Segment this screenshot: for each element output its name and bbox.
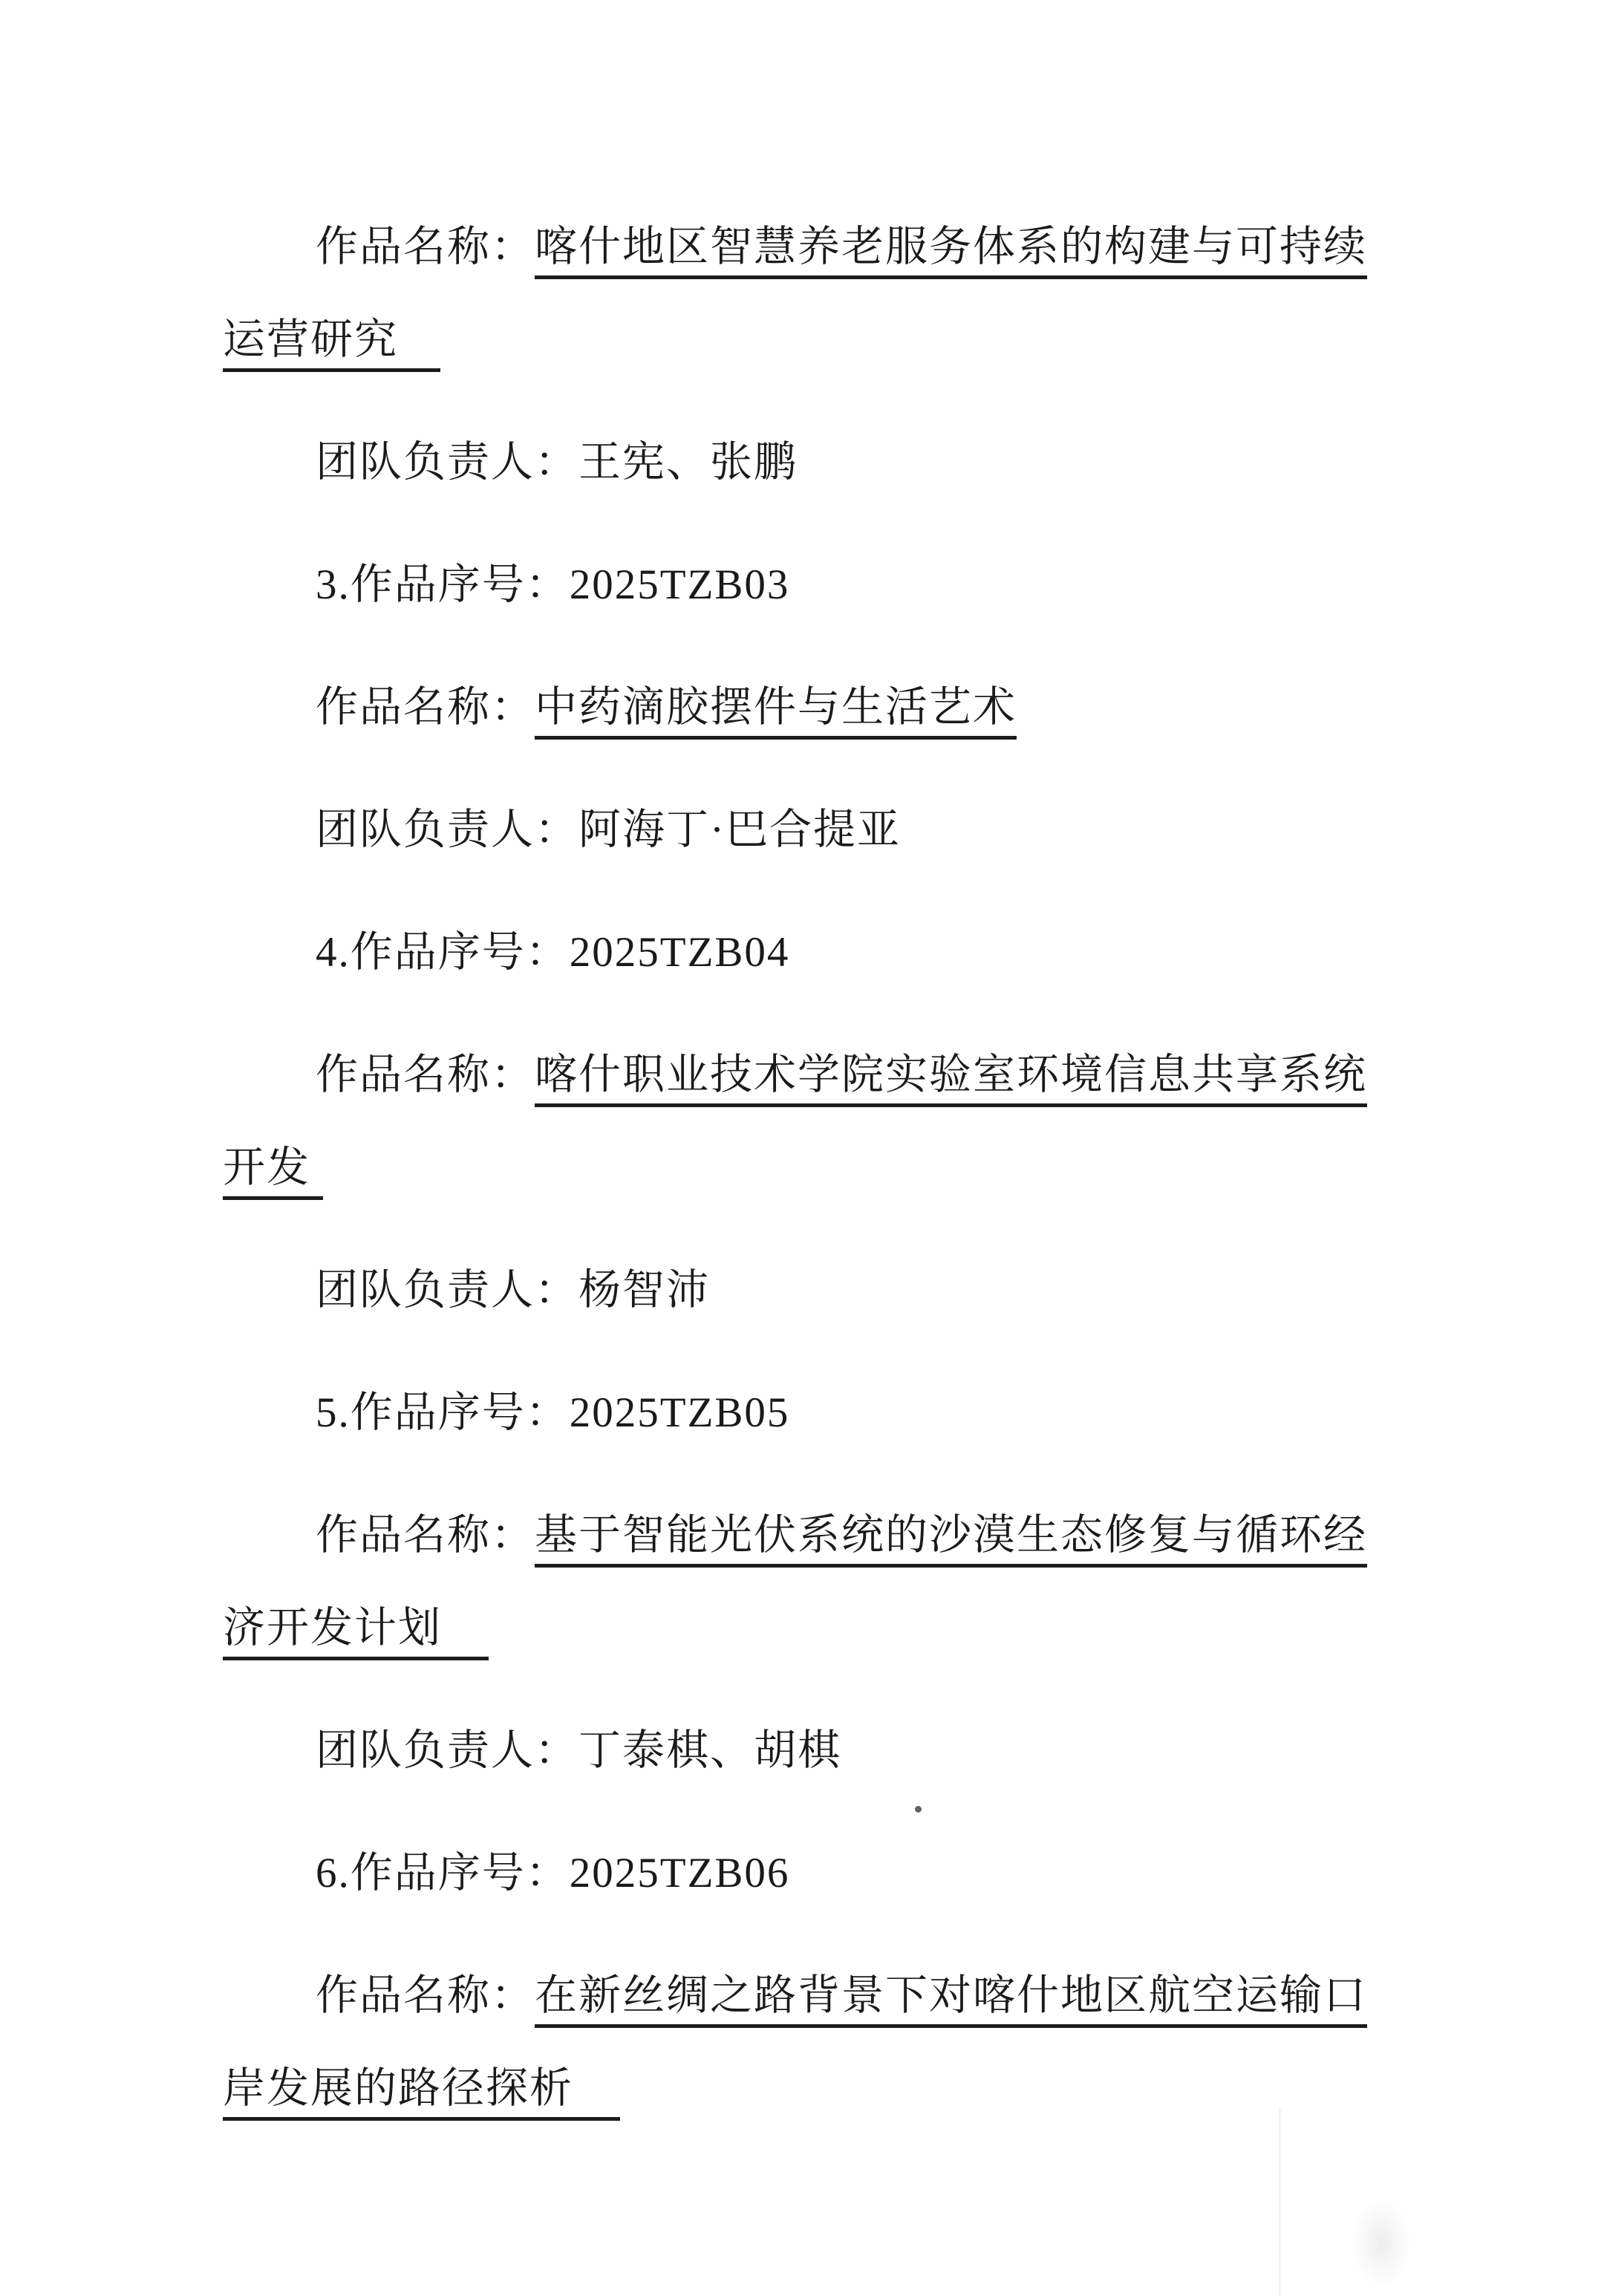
line-text: 6.作品序号：2025TZB06 xyxy=(316,1850,789,1897)
serial-number-line: 3.作品序号：2025TZB03 xyxy=(223,538,1404,631)
field-label: 作品名称： xyxy=(316,1972,535,2019)
line-text: 团队负责人：丁泰棋、胡棋 xyxy=(316,1727,841,1774)
underlined-value: 济开发计划 xyxy=(223,1605,489,1660)
line-text: 3.作品序号：2025TZB03 xyxy=(316,561,789,608)
work-name-cont-line: 运营研究 xyxy=(223,293,1404,386)
work-name-line: 作品名称：基于智能光伏系统的沙漠生态修复与循环经 xyxy=(223,1489,1404,1582)
line-text: 4.作品序号：2025TZB04 xyxy=(316,929,789,976)
underlined-value: 运营研究 xyxy=(223,316,440,372)
team-leader-line: 团队负责人：丁泰棋、胡棋 xyxy=(223,1704,1404,1797)
work-name-line: 作品名称：喀什职业技术学院实验室环境信息共享系统 xyxy=(223,1028,1404,1121)
underlined-value: 基于智能光伏系统的沙漠生态修复与循环经 xyxy=(535,1512,1367,1568)
scanned-document-page: 作品名称：喀什地区智慧养老服务体系的构建与可持续运营研究团队负责人：王宪、张鹏3… xyxy=(0,0,1607,2296)
underlined-value: 喀什职业技术学院实验室环境信息共享系统 xyxy=(535,1051,1367,1107)
serial-number-line: 5.作品序号：2025TZB05 xyxy=(223,1366,1404,1459)
team-leader-line: 团队负责人：杨智沛 xyxy=(223,1244,1404,1337)
line-text: 团队负责人：阿海丁·巴合提亚 xyxy=(316,806,901,853)
field-label: 作品名称： xyxy=(316,1051,535,1098)
work-name-cont-line: 济开发计划 xyxy=(223,1582,1404,1674)
work-name-cont-line: 岸发展的路径探析 xyxy=(223,2042,1404,2135)
work-name-line: 作品名称：中药滴胶摆件与生活艺术 xyxy=(223,661,1404,754)
line-text: 团队负责人：杨智沛 xyxy=(316,1267,710,1314)
document-body: 作品名称：喀什地区智慧养老服务体系的构建与可持续运营研究团队负责人：王宪、张鹏3… xyxy=(223,200,1404,2135)
field-label: 作品名称： xyxy=(316,1512,535,1559)
line-text: 5.作品序号：2025TZB05 xyxy=(316,1389,789,1436)
work-name-cont-line: 开发 xyxy=(223,1121,1404,1214)
scan-artifact-dot xyxy=(915,1806,922,1813)
team-leader-line: 团队负责人：阿海丁·巴合提亚 xyxy=(223,783,1404,876)
scan-artifact-smudge xyxy=(1352,2198,1411,2287)
line-text: 团队负责人：王宪、张鹏 xyxy=(316,439,798,486)
serial-number-line: 4.作品序号：2025TZB04 xyxy=(223,906,1404,999)
underlined-value: 在新丝绸之路背景下对喀什地区航空运输口 xyxy=(535,1972,1367,2028)
underlined-value: 岸发展的路径探析 xyxy=(223,2065,620,2121)
underlined-value: 中药滴胶摆件与生活艺术 xyxy=(535,684,1017,740)
serial-number-line: 6.作品序号：2025TZB06 xyxy=(223,1827,1404,1920)
work-name-line: 作品名称：喀什地区智慧养老服务体系的构建与可持续 xyxy=(223,200,1404,293)
scan-artifact-streak xyxy=(1279,2109,1281,2296)
field-label: 作品名称： xyxy=(316,684,535,731)
field-label: 作品名称： xyxy=(316,224,535,270)
underlined-value: 开发 xyxy=(223,1144,323,1200)
work-name-line: 作品名称：在新丝绸之路背景下对喀什地区航空运输口 xyxy=(223,1949,1404,2042)
team-leader-line: 团队负责人：王宪、张鹏 xyxy=(223,416,1404,509)
underlined-value: 喀什地区智慧养老服务体系的构建与可持续 xyxy=(535,224,1367,279)
